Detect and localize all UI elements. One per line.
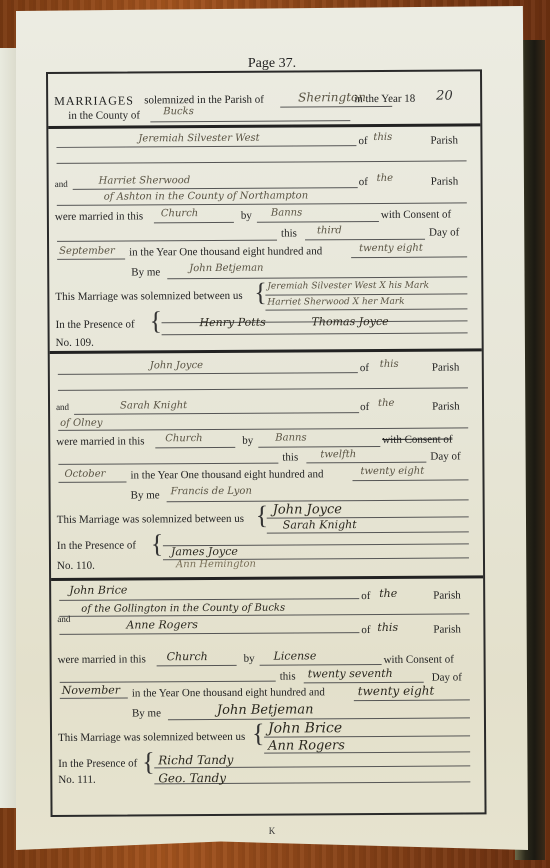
bride-parish-detail: of Olney xyxy=(60,418,102,429)
marriage-day: twelfth xyxy=(320,449,356,460)
marriage-year-words: twenty eight xyxy=(358,684,435,698)
bride-name: Sarah Knight xyxy=(120,400,187,411)
entry-number: No. 110. xyxy=(57,560,95,572)
marriages-heading: MARRIAGES xyxy=(54,93,134,108)
marriage-year-words: twenty eight xyxy=(359,243,423,254)
bride-parish-detail: of Ashton in the County of Northampton xyxy=(104,190,308,202)
officiant-name: Francis de Lyon xyxy=(171,486,252,497)
marriage-place: Church xyxy=(161,208,198,219)
bride-signature: Harriet Sherwood X her Mark xyxy=(267,297,404,308)
bride-name: Anne Rogers xyxy=(126,618,198,631)
county-label: in the County of xyxy=(68,109,140,121)
bride-name: Harriet Sherwood xyxy=(99,175,191,187)
marriage-method: Banns xyxy=(271,207,302,218)
marriage-day: twenty seventh xyxy=(308,667,393,681)
marriage-place: Church xyxy=(165,433,202,444)
county-name: Bucks xyxy=(163,106,194,117)
marriage-place: Church xyxy=(167,650,208,663)
bride-signature: Sarah Knight xyxy=(283,518,357,531)
bride-signature: Ann Rogers xyxy=(268,738,345,753)
witness-1: Richd Tandy xyxy=(158,753,233,767)
marriage-month: September xyxy=(59,246,115,257)
year-suffix: 20 xyxy=(436,89,453,104)
brace-icon: { xyxy=(254,280,267,306)
register-frame: MARRIAGES solemnized in the Parish of Sh… xyxy=(46,69,487,817)
brace-icon: { xyxy=(252,721,265,747)
groom-signature: John Brice xyxy=(268,720,342,736)
brace-icon: { xyxy=(142,749,155,775)
groom-name: John Brice xyxy=(69,584,127,597)
bride-parish: the xyxy=(377,173,393,184)
entry-number: No. 111. xyxy=(58,774,95,786)
groom-parish: this xyxy=(373,132,392,143)
witness-1: Henry Potts xyxy=(199,316,265,329)
marriage-record-111: John Brice of the Parish of the Gollingt… xyxy=(51,579,484,812)
witness-2: Ann Hemington xyxy=(176,559,256,570)
brace-icon: { xyxy=(256,503,269,529)
brace-icon: { xyxy=(151,531,164,557)
entry-number: No. 109. xyxy=(56,337,94,349)
marriage-record-110: John Joyce of this Parish and Sarah Knig… xyxy=(50,353,483,578)
register-header: MARRIAGES solemnized in the Parish of Sh… xyxy=(48,71,480,129)
officiant-name: John Betjeman xyxy=(217,702,314,718)
marriage-month: November xyxy=(62,684,120,697)
marriage-day: third xyxy=(317,225,342,236)
officiant-name: John Betjeman xyxy=(189,263,263,274)
groom-signature: John Joyce xyxy=(273,502,342,517)
register-page: Page 37. MARRIAGES solemnized in the Par… xyxy=(16,6,528,850)
signature-mark: K xyxy=(16,826,528,836)
marriage-year-words: twenty eight xyxy=(360,466,424,477)
groom-parish: the xyxy=(379,587,397,600)
witness-1: James Joyce xyxy=(171,545,238,558)
bride-parish: the xyxy=(378,398,394,409)
groom-parish-detail: of the Gollington in the County of Bucks xyxy=(81,603,285,615)
groom-parish: this xyxy=(380,359,399,370)
marriage-record-109: Jeremiah Silvester West of this Parish a… xyxy=(48,126,481,351)
marriage-method: License xyxy=(274,649,317,662)
solemnized-label: solemnized in the Parish of xyxy=(144,94,264,107)
left-page-edge xyxy=(0,48,17,808)
witness-2: Geo. Tandy xyxy=(158,771,226,785)
groom-name: John Joyce xyxy=(150,360,203,371)
groom-signature: Jeremiah Silvester West X his Mark xyxy=(267,281,429,292)
bride-parish: this xyxy=(377,621,398,634)
marriage-month: October xyxy=(64,469,105,480)
groom-name: Jeremiah Silvester West xyxy=(138,133,259,145)
year-label: in the Year 18 xyxy=(354,93,415,105)
brace-icon: { xyxy=(149,308,162,334)
witness-2: Thomas Joyce xyxy=(311,315,388,328)
marriage-method: Banns xyxy=(275,432,306,443)
